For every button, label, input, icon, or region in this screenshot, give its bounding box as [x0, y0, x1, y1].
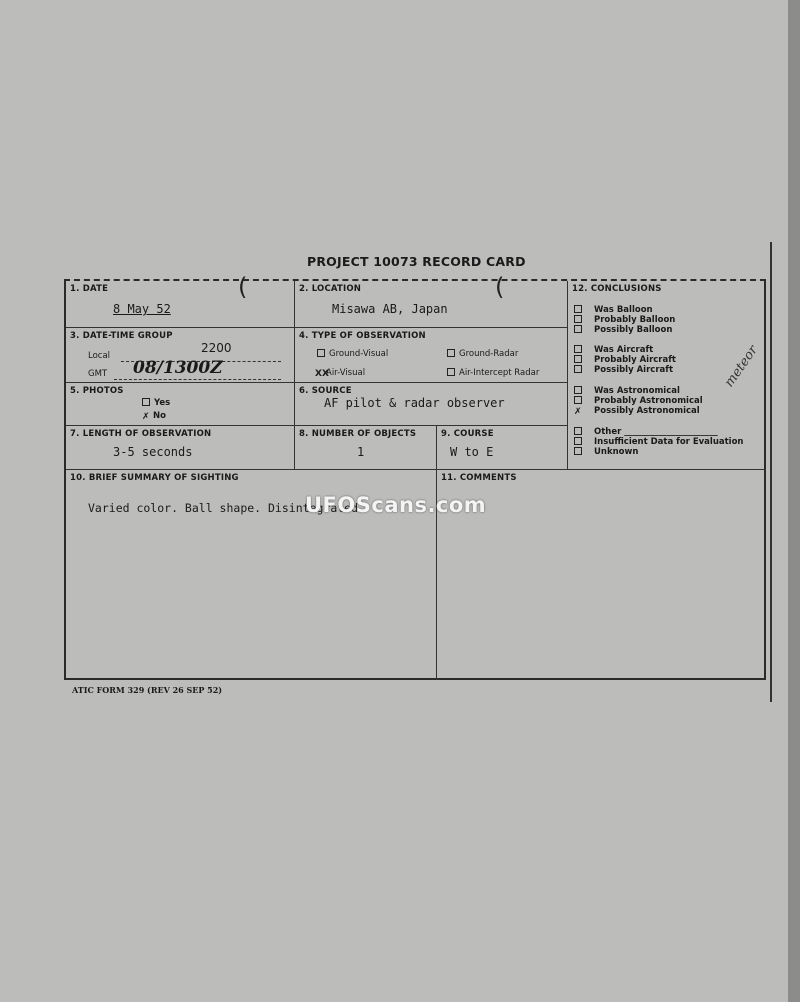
form-id: ATIC FORM 329 (REV 26 SEP 52)	[72, 685, 222, 695]
conclusion-option: Unknown	[574, 447, 638, 457]
checkbox-icon	[142, 398, 150, 406]
checkbox-icon	[447, 349, 455, 357]
objects-cell: 8. NUMBER OF OBJECTS 1	[295, 426, 437, 470]
checkbox-icon	[574, 355, 582, 363]
conclusion-option-label: Possibly Astronomical	[594, 406, 700, 416]
option-ground-radar: Ground-Radar	[447, 349, 518, 359]
local-label: Local	[88, 351, 110, 361]
conclusion-option-label: Unknown	[594, 447, 638, 457]
comments-cell: 11. COMMENTS	[437, 470, 766, 680]
option-air-visual: XXAir-Visual	[315, 368, 365, 378]
source-label: 6. SOURCE	[299, 386, 352, 396]
conclusion-option: Insufficient Data for Evaluation	[574, 437, 744, 447]
conclusion-option: Possibly Aircraft	[574, 365, 673, 375]
gmt-label: GMT	[88, 369, 107, 379]
type-of-observation-cell: 4. TYPE OF OBSERVATION Ground-Visual Gro…	[295, 328, 568, 383]
checkbox-icon	[317, 349, 325, 357]
date-time-group-cell: 3. DATE-TIME GROUP Local 2200 GMT 08/130…	[66, 328, 295, 383]
checked-box-icon: ✗	[142, 413, 150, 421]
location-cell: 2. LOCATION Misawa AB, Japan (	[295, 281, 568, 328]
option-photos-yes: Yes	[142, 398, 170, 408]
course-label: 9. COURSE	[441, 429, 494, 439]
checkbox-icon	[574, 325, 582, 333]
course-value: W to E	[450, 445, 493, 459]
margin-line	[770, 242, 772, 702]
conclusion-option-label: Possibly Aircraft	[594, 365, 673, 375]
source-value: AF pilot & radar observer	[324, 396, 505, 410]
type-of-observation-label: 4. TYPE OF OBSERVATION	[299, 331, 426, 341]
location-label: 2. LOCATION	[299, 284, 361, 294]
comments-label: 11. COMMENTS	[441, 473, 517, 483]
gmt-underline	[114, 379, 281, 380]
date-cell: 1. DATE 8 May 52 (	[66, 281, 295, 328]
length-cell: 7. LENGTH OF OBSERVATION 3-5 seconds	[66, 426, 295, 470]
conclusion-option-label: Probably Balloon	[594, 315, 675, 325]
date-time-group-label: 3. DATE-TIME GROUP	[70, 331, 173, 341]
conclusion-option: ✗Possibly Astronomical	[574, 406, 700, 416]
conclusion-option-label: Possibly Balloon	[594, 325, 672, 335]
conclusion-option-label: Was Aircraft	[594, 345, 653, 355]
conclusion-option-label: Was Astronomical	[594, 386, 680, 396]
conclusion-option: Possibly Balloon	[574, 325, 672, 335]
gmt-time-value: 08/1300Z	[133, 358, 223, 378]
scan-edge	[788, 0, 800, 1002]
bracket-mark: (	[495, 273, 504, 301]
source-cell: 6. SOURCE AF pilot & radar observer	[295, 383, 568, 426]
checkbox-icon	[574, 315, 582, 323]
objects-label: 8. NUMBER OF OBJECTS	[299, 429, 416, 439]
date-label: 1. DATE	[70, 284, 108, 294]
conclusions-label: 12. CONCLUSIONS	[572, 284, 662, 294]
conclusion-option: Other ______________________	[574, 427, 718, 437]
option-photos-no: ✗No	[142, 411, 166, 421]
option-ground-visual: Ground-Visual	[317, 349, 388, 359]
handwritten-annotation: meteor	[722, 343, 761, 390]
course-cell: 9. COURSE W to E	[437, 426, 568, 470]
location-value: Misawa AB, Japan	[332, 302, 448, 316]
photos-cell: 5. PHOTOS Yes ✗No	[66, 383, 295, 426]
checkbox-icon	[574, 396, 582, 404]
checkbox-icon	[574, 437, 582, 445]
photos-label: 5. PHOTOS	[70, 386, 124, 396]
checked-box-icon: ✗	[574, 408, 582, 416]
conclusion-option-label: Probably Aircraft	[594, 355, 676, 365]
conclusion-option-label: Insufficient Data for Evaluation	[594, 437, 744, 447]
conclusion-option: Was Astronomical	[574, 386, 680, 396]
length-label: 7. LENGTH OF OBSERVATION	[70, 429, 211, 439]
local-time-value: 2200	[201, 341, 232, 355]
summary-label: 10. BRIEF SUMMARY OF SIGHTING	[70, 473, 239, 483]
conclusion-option: Probably Astronomical	[574, 396, 703, 406]
checked-box-icon: XX	[315, 370, 323, 378]
checkbox-icon	[574, 305, 582, 313]
checkbox-icon	[574, 345, 582, 353]
length-value: 3-5 seconds	[113, 445, 192, 459]
conclusion-option: Probably Balloon	[574, 315, 675, 325]
card-title: PROJECT 10073 RECORD CARD	[307, 254, 526, 269]
record-card: 1. DATE 8 May 52 ( 2. LOCATION Misawa AB…	[64, 279, 766, 680]
objects-value: 1	[357, 445, 364, 459]
conclusion-option: Probably Aircraft	[574, 355, 676, 365]
conclusion-option-label: Other ______________________	[594, 427, 718, 437]
date-value: 8 May 52	[113, 302, 171, 316]
checkbox-icon	[574, 427, 582, 435]
checkbox-icon	[447, 368, 455, 376]
bracket-mark: (	[238, 273, 247, 301]
checkbox-icon	[574, 365, 582, 373]
checkbox-icon	[574, 386, 582, 394]
option-air-intercept-radar: Air-Intercept Radar	[447, 368, 539, 378]
conclusion-option-label: Was Balloon	[594, 305, 653, 315]
watermark: UFOScans.com	[305, 493, 486, 517]
conclusion-option-label: Probably Astronomical	[594, 396, 703, 406]
conclusion-option: Was Aircraft	[574, 345, 653, 355]
conclusion-option: Was Balloon	[574, 305, 653, 315]
conclusions-cell: 12. CONCLUSIONS Was BalloonProbably Ball…	[568, 281, 766, 470]
checkbox-icon	[574, 447, 582, 455]
